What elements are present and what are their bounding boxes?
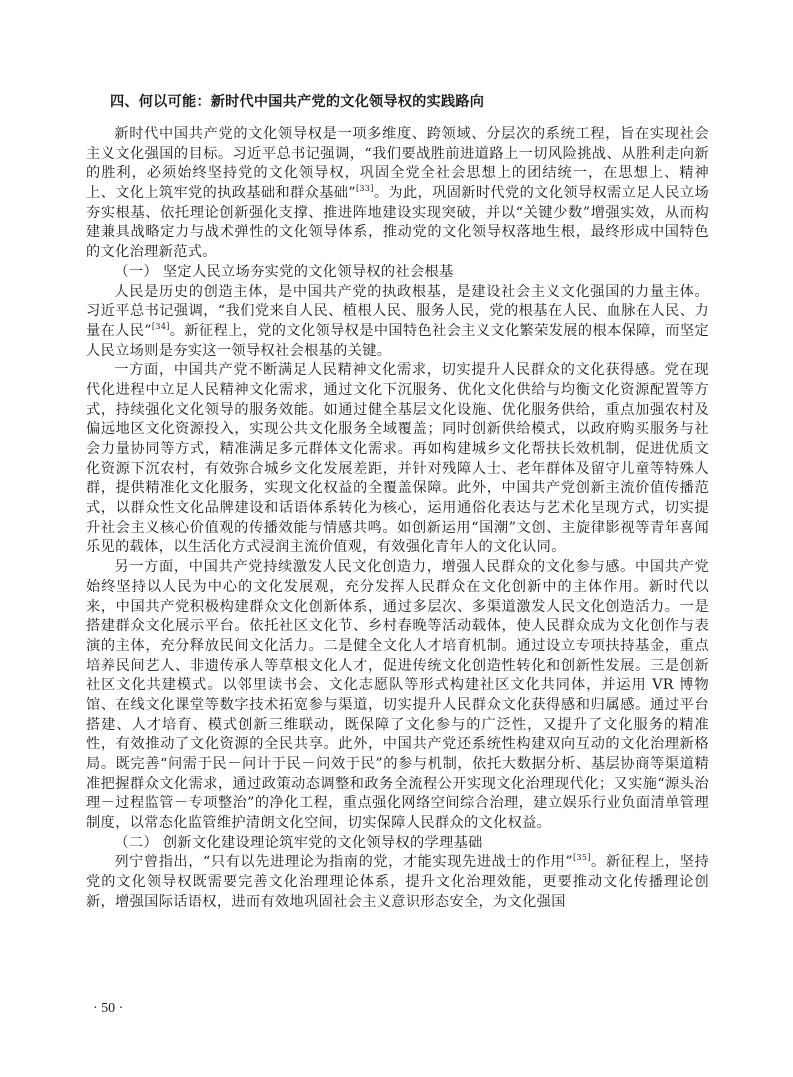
section-title: 四、何以可能：新时代中国共产党的文化领导权的实践路向 <box>110 92 709 112</box>
paragraph-text: 。新征程上，党的文化领导权是中国特色社会主义文化繁荣发展的根本保障，而坚定人民立… <box>86 323 709 359</box>
intro-paragraph: 新时代中国共产党的文化领导权是一项多维度、跨领域、分层次的系统工程，旨在实现社会… <box>86 125 709 263</box>
subsection1-paragraph-3: 另一方面，中国共产党持续激发人民文化创造力，增强人民群众的文化参与感。中国共产党… <box>86 558 709 834</box>
page-number: · 50 · <box>93 1001 123 1017</box>
paragraph-text: 列宁曾指出，“只有以先进理论为指南的党，才能实现先进战士的作用” <box>114 854 573 870</box>
subsection-heading-2: （二） 创新文化建设理论筑牢党的文化领导权的学理基础 <box>86 834 709 854</box>
citation-ref: [33] <box>356 184 374 193</box>
citation-ref: [35] <box>573 853 591 862</box>
subsection1-paragraph-2: 一方面，中国共产党不断满足人民精神文化需求，切实提升人民群众的文化获得感。党在现… <box>86 361 709 558</box>
subsection1-paragraph-1: 人民是历史的创造主体，是中国共产党的执政根基，是建设社会主义文化强国的力量主体。… <box>86 283 709 362</box>
subsection2-paragraph-1: 列宁曾指出，“只有以先进理论为指南的党，才能实现先进战士的作用”[35]。新征程… <box>86 853 709 912</box>
article-body: 四、何以可能：新时代中国共产党的文化领导权的实践路向 新时代中国共产党的文化领导… <box>86 92 709 913</box>
subsection-heading-1: （一） 坚定人民立场夯实党的文化领导权的社会根基 <box>86 263 709 283</box>
citation-ref: [34] <box>152 322 170 331</box>
